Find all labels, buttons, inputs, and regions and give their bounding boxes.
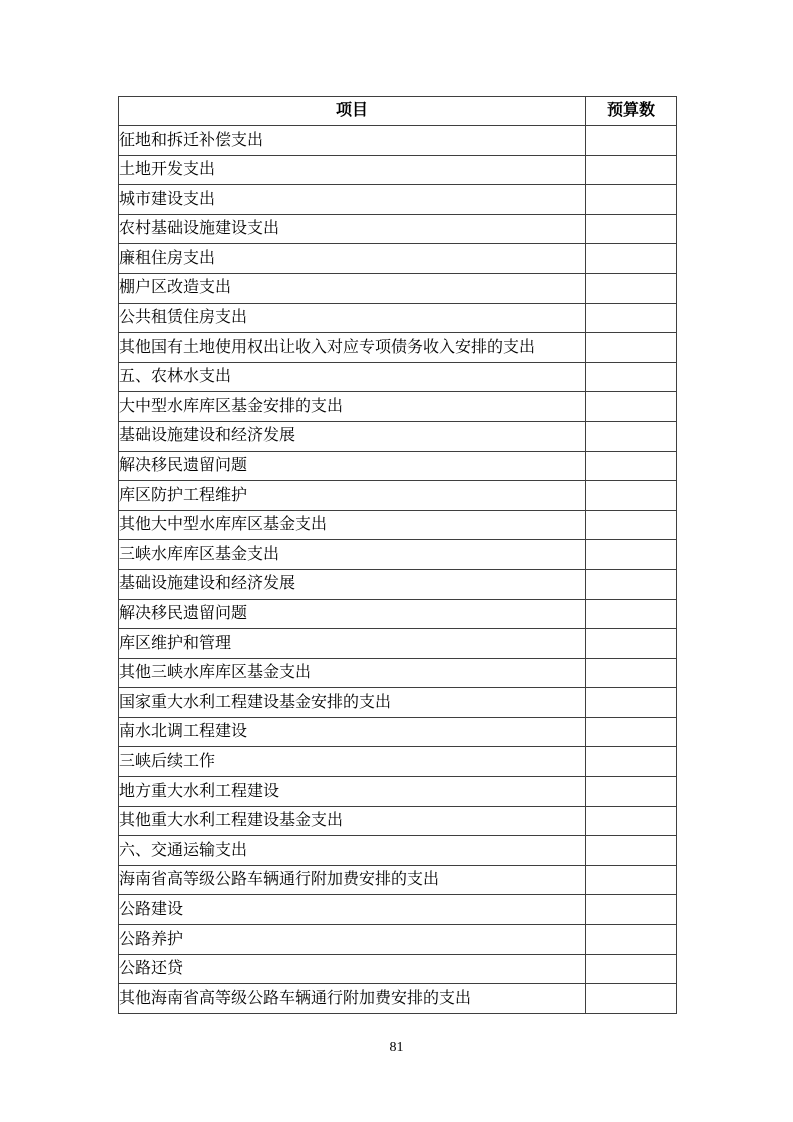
- item-cell: 基础设施建设和经济发展: [119, 421, 586, 451]
- budget-cell: [586, 303, 677, 333]
- budget-cell: [586, 629, 677, 659]
- budget-cell: [586, 865, 677, 895]
- table-row: 其他海南省高等级公路车辆通行附加费安排的支出: [119, 984, 677, 1014]
- table-row: 五、农林水支出: [119, 362, 677, 392]
- header-cell-item: 项目: [119, 97, 586, 126]
- item-cell: 基础设施建设和经济发展: [119, 569, 586, 599]
- budget-cell: [586, 481, 677, 511]
- table-row: 库区维护和管理: [119, 629, 677, 659]
- header-row: 项目 预算数: [119, 97, 677, 126]
- budget-cell: [586, 155, 677, 185]
- table-row: 大中型水库库区基金安排的支出: [119, 392, 677, 422]
- item-cell: 农村基础设施建设支出: [119, 214, 586, 244]
- budget-cell: [586, 836, 677, 866]
- budget-cell: [586, 954, 677, 984]
- item-cell: 公共租赁住房支出: [119, 303, 586, 333]
- budget-cell: [586, 540, 677, 570]
- item-cell: 六、交通运输支出: [119, 836, 586, 866]
- table-row: 棚户区改造支出: [119, 273, 677, 303]
- item-cell: 解决移民遗留问题: [119, 599, 586, 629]
- budget-cell: [586, 688, 677, 718]
- table-row: 解决移民遗留问题: [119, 451, 677, 481]
- budget-cell: [586, 333, 677, 363]
- budget-cell: [586, 984, 677, 1014]
- table-row: 廉租住房支出: [119, 244, 677, 274]
- budget-cell: [586, 925, 677, 955]
- budget-cell: [586, 510, 677, 540]
- item-cell: 征地和拆迁补偿支出: [119, 126, 586, 156]
- document-page: 项目 预算数 征地和拆迁补偿支出 土地开发支出 城市建设支出 农村基础设施建设支…: [0, 0, 793, 1122]
- table-row: 国家重大水利工程建设基金安排的支出: [119, 688, 677, 718]
- item-cell: 其他三峡水库库区基金支出: [119, 658, 586, 688]
- table-row: 公路还贷: [119, 954, 677, 984]
- item-cell: 公路养护: [119, 925, 586, 955]
- item-cell: 三峡后续工作: [119, 747, 586, 777]
- item-cell: 其他重大水利工程建设基金支出: [119, 806, 586, 836]
- table-row: 海南省高等级公路车辆通行附加费安排的支出: [119, 865, 677, 895]
- budget-table: 项目 预算数 征地和拆迁补偿支出 土地开发支出 城市建设支出 农村基础设施建设支…: [118, 96, 677, 1014]
- table-row: 公路建设: [119, 895, 677, 925]
- table-header: 项目 预算数: [119, 97, 677, 126]
- budget-cell: [586, 569, 677, 599]
- item-cell: 地方重大水利工程建设: [119, 777, 586, 807]
- item-cell: 南水北调工程建设: [119, 717, 586, 747]
- item-cell: 库区维护和管理: [119, 629, 586, 659]
- table-row: 地方重大水利工程建设: [119, 777, 677, 807]
- item-cell: 五、农林水支出: [119, 362, 586, 392]
- budget-cell: [586, 273, 677, 303]
- item-cell: 土地开发支出: [119, 155, 586, 185]
- table-row: 农村基础设施建设支出: [119, 214, 677, 244]
- budget-cell: [586, 717, 677, 747]
- budget-cell: [586, 747, 677, 777]
- item-cell: 公路还贷: [119, 954, 586, 984]
- budget-cell: [586, 777, 677, 807]
- table-row: 库区防护工程维护: [119, 481, 677, 511]
- item-cell: 库区防护工程维护: [119, 481, 586, 511]
- budget-cell: [586, 806, 677, 836]
- table-row: 土地开发支出: [119, 155, 677, 185]
- item-cell: 三峡水库库区基金支出: [119, 540, 586, 570]
- table-row: 其他大中型水库库区基金支出: [119, 510, 677, 540]
- table-body: 征地和拆迁补偿支出 土地开发支出 城市建设支出 农村基础设施建设支出 廉租住房支…: [119, 126, 677, 1014]
- item-cell: 廉租住房支出: [119, 244, 586, 274]
- item-cell: 其他大中型水库库区基金支出: [119, 510, 586, 540]
- table-row: 其他三峡水库库区基金支出: [119, 658, 677, 688]
- table-row: 六、交通运输支出: [119, 836, 677, 866]
- item-cell: 其他国有土地使用权出让收入对应专项债务收入安排的支出: [119, 333, 586, 363]
- table-row: 基础设施建设和经济发展: [119, 421, 677, 451]
- table-row: 其他重大水利工程建设基金支出: [119, 806, 677, 836]
- budget-cell: [586, 421, 677, 451]
- item-cell: 棚户区改造支出: [119, 273, 586, 303]
- item-cell: 解决移民遗留问题: [119, 451, 586, 481]
- budget-cell: [586, 599, 677, 629]
- budget-cell: [586, 658, 677, 688]
- budget-cell: [586, 362, 677, 392]
- item-cell: 国家重大水利工程建设基金安排的支出: [119, 688, 586, 718]
- item-cell: 大中型水库库区基金安排的支出: [119, 392, 586, 422]
- budget-cell: [586, 244, 677, 274]
- item-cell: 城市建设支出: [119, 185, 586, 215]
- table-row: 解决移民遗留问题: [119, 599, 677, 629]
- table-row: 征地和拆迁补偿支出: [119, 126, 677, 156]
- item-cell: 海南省高等级公路车辆通行附加费安排的支出: [119, 865, 586, 895]
- table-row: 其他国有土地使用权出让收入对应专项债务收入安排的支出: [119, 333, 677, 363]
- budget-cell: [586, 126, 677, 156]
- item-cell: 公路建设: [119, 895, 586, 925]
- budget-cell: [586, 214, 677, 244]
- budget-cell: [586, 392, 677, 422]
- table-row: 公共租赁住房支出: [119, 303, 677, 333]
- table-row: 南水北调工程建设: [119, 717, 677, 747]
- budget-cell: [586, 895, 677, 925]
- header-cell-budget: 预算数: [586, 97, 677, 126]
- budget-cell: [586, 451, 677, 481]
- table-row: 城市建设支出: [119, 185, 677, 215]
- item-cell: 其他海南省高等级公路车辆通行附加费安排的支出: [119, 984, 586, 1014]
- table-row: 基础设施建设和经济发展: [119, 569, 677, 599]
- page-number: 81: [0, 1040, 793, 1056]
- budget-cell: [586, 185, 677, 215]
- table-row: 公路养护: [119, 925, 677, 955]
- table-row: 三峡后续工作: [119, 747, 677, 777]
- table-row: 三峡水库库区基金支出: [119, 540, 677, 570]
